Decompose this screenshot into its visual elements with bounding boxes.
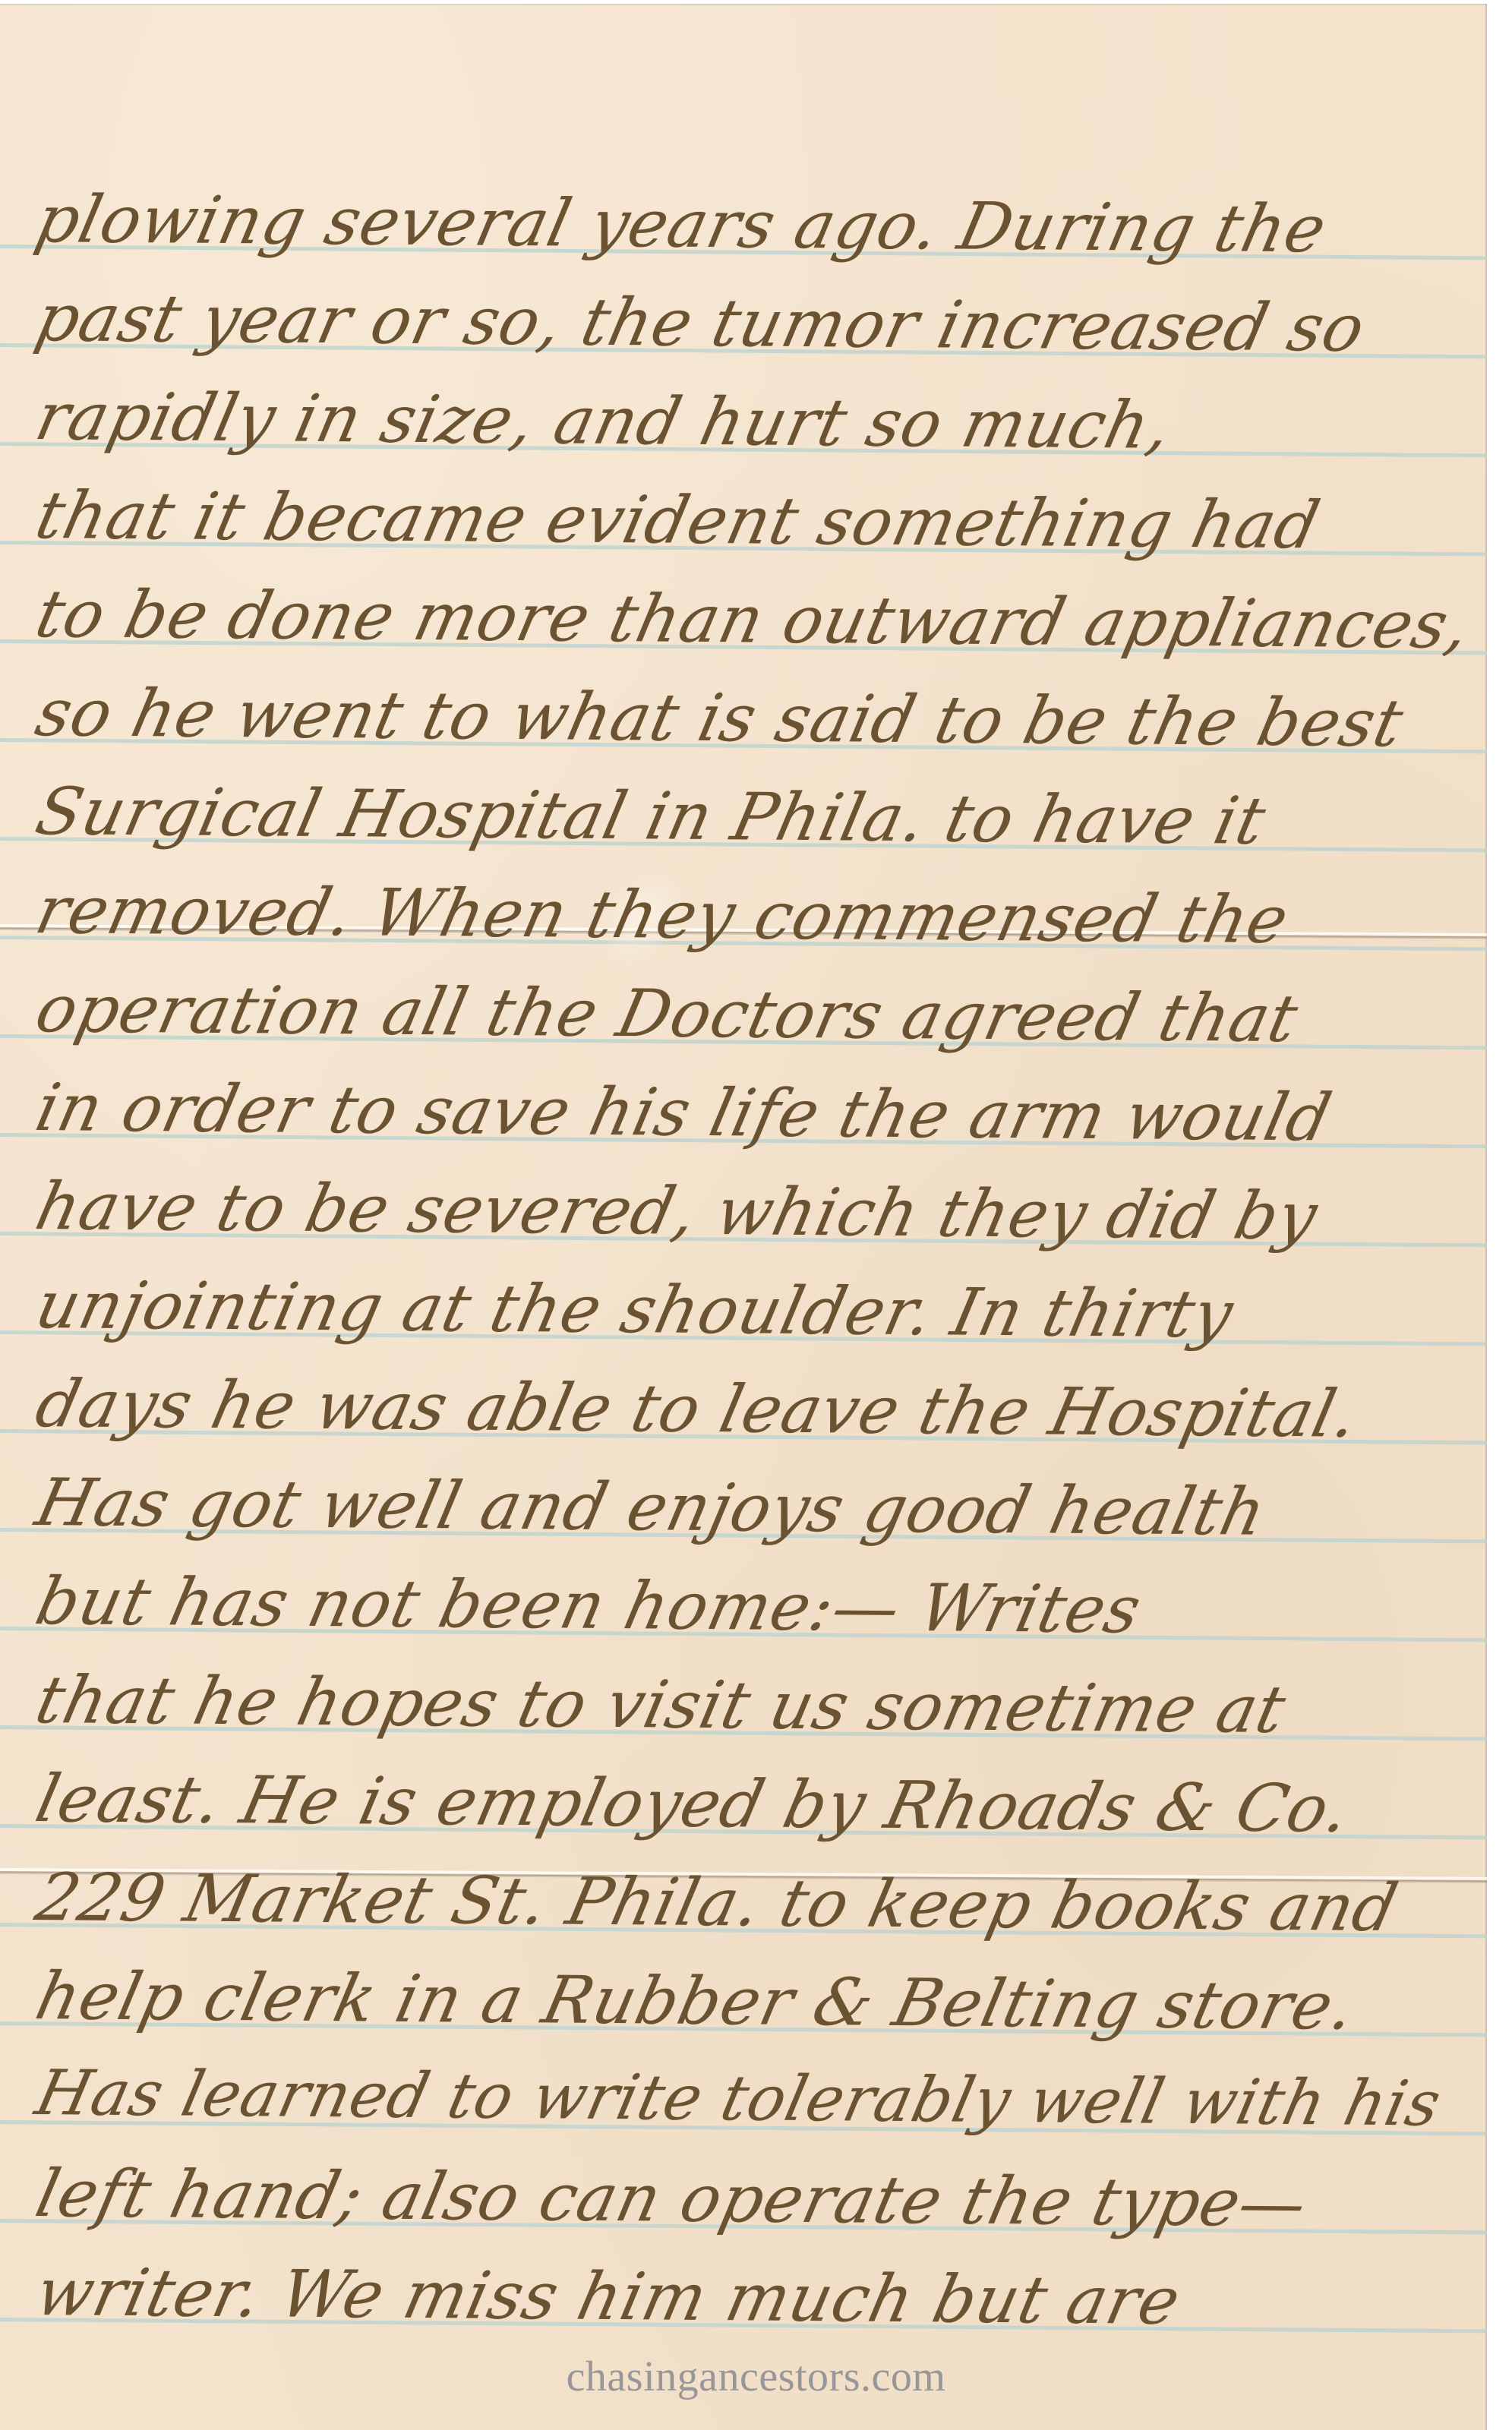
handwritten-line: removed. When they commensed the	[30, 878, 1294, 953]
handwritten-line: 229 Market St. Phila. to keep books and	[30, 1865, 1403, 1941]
handwritten-line: in order to save his life the arm would	[30, 1075, 1337, 1150]
handwritten-line: least. He is employed by Rhoads & Co.	[30, 1766, 1356, 1842]
handwritten-line: that he hopes to visit us sometime at	[30, 1668, 1292, 1743]
watermark-text: chasingancestors.com	[0, 2353, 1512, 2401]
handwritten-line: so he went to what is said to be the bes…	[30, 680, 1409, 756]
handwritten-line: past year or so, the tumor increased so	[30, 286, 1371, 361]
letter-page: plowing several years ago. During the pa…	[0, 4, 1487, 2430]
handwritten-line: days he was able to leave the Hospital.	[30, 1371, 1364, 1447]
handwritten-line: unjointing at the shoulder. In thirty	[30, 1273, 1239, 1347]
handwritten-line: have to be severed, which they did by	[30, 1174, 1324, 1249]
handwritten-line: Has got well and enjoys good health	[30, 1470, 1271, 1545]
handwritten-line: left hand; also can operate the type—	[30, 2161, 1313, 2236]
handwritten-line: rapidly in size, and hurt so much,	[30, 384, 1177, 459]
handwritten-line: but has not been home:— Writes	[30, 1569, 1147, 1643]
handwritten-line: to be done more than outward appliances,	[30, 582, 1476, 658]
handwritten-line: that it became evident something had	[30, 483, 1325, 558]
handwritten-line: operation all the Doctors agreed that	[30, 977, 1304, 1052]
handwritten-line: Has learned to write tolerably well with…	[30, 2062, 1447, 2136]
handwritten-line: writer. We miss him much but are	[30, 2260, 1186, 2334]
handwritten-line: plowing several years ago. During the	[30, 187, 1332, 262]
handwritten-line: help clerk in a Rubber & Belting store.	[30, 1964, 1361, 2040]
handwritten-line: Surgical Hospital in Phila. to have it	[30, 779, 1271, 854]
